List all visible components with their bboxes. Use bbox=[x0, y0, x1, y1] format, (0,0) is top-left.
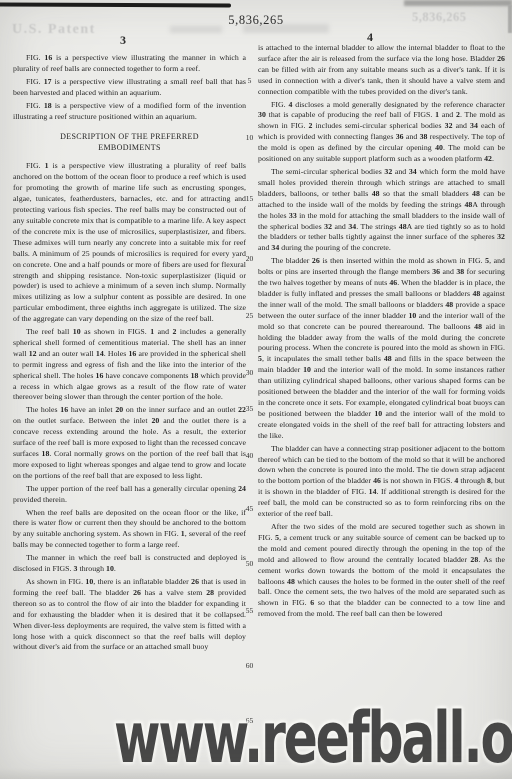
body-paragraph: The semi-circular spherical bodies 32 an… bbox=[258, 167, 505, 254]
section-heading-line1: DESCRIPTION OF THE PREFERRED bbox=[23, 131, 236, 142]
figure-18-description: FIG. 18 is a perspective view of a modif… bbox=[13, 101, 246, 123]
line-number: 5 bbox=[242, 76, 257, 85]
body-paragraph: The holes 16 have an inlet 20 on the inn… bbox=[13, 405, 246, 481]
body-paragraph: When the reef balls are deposited on the… bbox=[13, 508, 246, 552]
column-4-text: is attached to the internal bladder to a… bbox=[258, 43, 505, 620]
body-paragraph: FIG. 1 is a perspective view illustratin… bbox=[13, 161, 246, 325]
line-number: 60 bbox=[242, 661, 257, 670]
line-number: 55 bbox=[242, 606, 257, 615]
line-number: 40 bbox=[242, 451, 257, 460]
scan-artifact-top-right-smudge bbox=[404, 0, 512, 6]
section-heading: DESCRIPTION OF THE PREFERRED EMBODIMENTS bbox=[23, 131, 236, 153]
scan-bottom-shadow bbox=[0, 768, 512, 779]
column-3-text: FIG. 16 is a perspective view illustrati… bbox=[13, 53, 246, 653]
body-paragraph: The upper portion of the reef ball has a… bbox=[13, 484, 246, 506]
line-number: 20 bbox=[242, 254, 257, 263]
scan-artifact-black-bar bbox=[0, 2, 231, 7]
line-number: 25 bbox=[242, 311, 257, 320]
section-heading-line2: EMBODIMENTS bbox=[23, 142, 236, 153]
line-number-gutter: 5 10 15 20 25 30 35 40 45 50 55 60 65 bbox=[242, 0, 257, 779]
line-number: 35 bbox=[242, 404, 257, 413]
line-number: 50 bbox=[242, 559, 257, 568]
body-paragraph: FIG. 4 discloses a mold generally design… bbox=[258, 100, 505, 165]
line-number: 30 bbox=[242, 368, 257, 377]
body-paragraph: The reef ball 10 as shown in FIGS. 1 and… bbox=[13, 327, 246, 403]
body-paragraph: The bladder can have a connecting strap … bbox=[258, 444, 505, 520]
line-number: 10 bbox=[242, 133, 257, 142]
body-paragraph: is attached to the internal bladder to a… bbox=[258, 43, 505, 98]
line-number: 45 bbox=[242, 504, 257, 513]
body-paragraph: After the two sides of the mold are secu… bbox=[258, 522, 505, 620]
reefball-watermark: www.reefball.org bbox=[114, 703, 512, 773]
line-number: 15 bbox=[242, 194, 257, 203]
body-paragraph: The manner in which the reef ball is con… bbox=[13, 553, 246, 575]
body-paragraph: As shown in FIG. 10, there is an inflata… bbox=[13, 577, 246, 653]
figure-16-description: FIG. 16 is a perspective view illustrati… bbox=[13, 53, 246, 75]
body-paragraph: The bladder 26 is then inserted within t… bbox=[258, 256, 505, 441]
figure-17-description: FIG. 17 is a perspective view illustrati… bbox=[13, 77, 246, 99]
column-number-3: 3 bbox=[120, 33, 126, 48]
patent-scan-page: U.S. Patent 5,836,265 5,836,265 3 4 FIG.… bbox=[0, 0, 512, 779]
